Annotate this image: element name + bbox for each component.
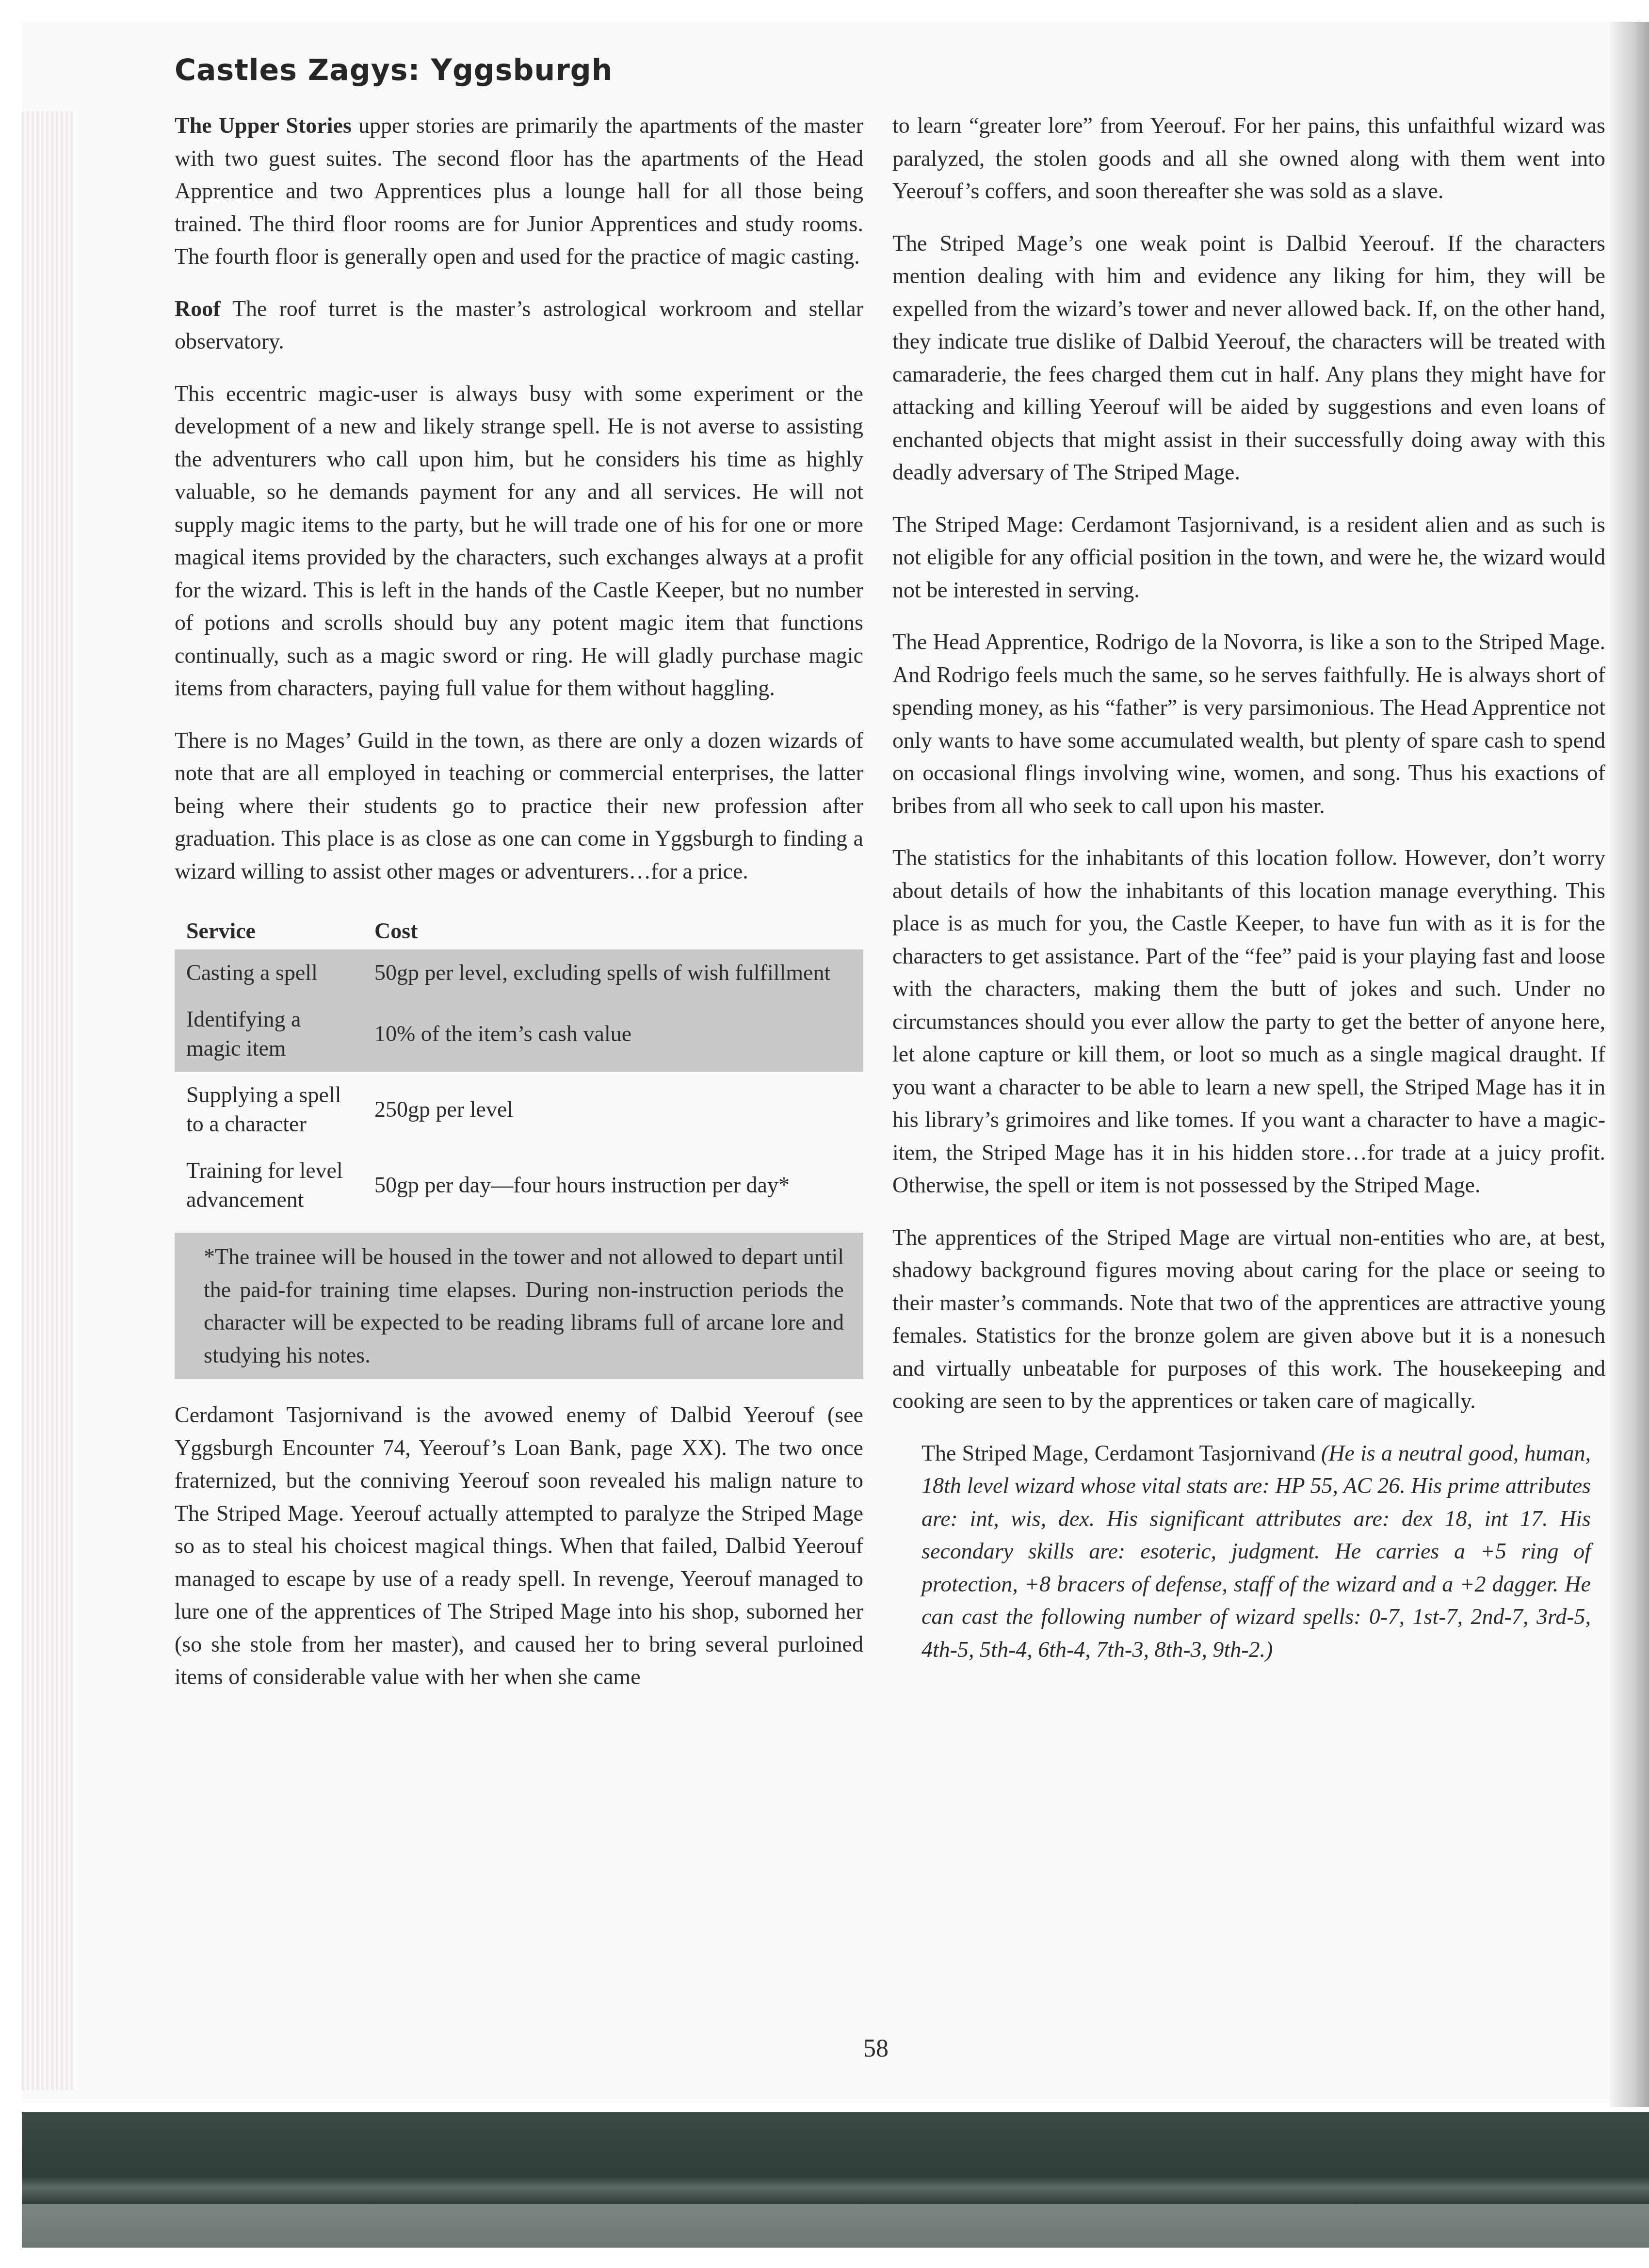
scanner-background [22, 2204, 1649, 2248]
paragraph-resident-alien: The Striped Mage: Cerdamont Tasjornivand… [892, 508, 1605, 607]
right-column: to learn “greater lore” from Yeerouf. Fo… [892, 109, 1605, 1685]
paragraph-head-apprentice: The Head Apprentice, Rodrigo de la Novor… [892, 626, 1605, 822]
service-cell: Training for level advancement [175, 1147, 363, 1223]
paragraph-greater-lore: to learn “greater lore” from Yeerouf. Fo… [892, 109, 1605, 208]
table-header-row: Service Cost [175, 907, 863, 949]
table-row: Casting a spell 50gp per level, excludin… [175, 949, 863, 996]
stat-block-stats: (He is a neutral good, human, 18th level… [921, 1441, 1591, 1662]
services-table: Service Cost Casting a spell 50gp per le… [175, 907, 863, 1223]
book-spine-shadow [1610, 22, 1649, 2107]
table-footnote: *The trainee will be housed in the tower… [175, 1233, 863, 1379]
paragraph-eccentric: This eccentric magic-user is always busy… [175, 377, 863, 705]
run-in-heading: The Upper Stories [175, 113, 352, 138]
cost-cell: 50gp per day—four hours instruction per … [363, 1147, 863, 1223]
run-in-heading: Roof [175, 296, 221, 321]
paragraph-enemy: Cerdamont Tasjornivand is the avowed ene… [175, 1399, 863, 1693]
paragraph-upper-stories: The Upper Stories upper stories are prim… [175, 109, 863, 273]
table-row: Supplying a spell to a character 250gp p… [175, 1072, 863, 1147]
service-cell: Supplying a spell to a character [175, 1072, 363, 1147]
column-header-cost: Cost [363, 907, 863, 949]
paragraph-apprentices: The apprentices of the Striped Mage are … [892, 1221, 1605, 1417]
table-row: Training for level advancement 50gp per … [175, 1147, 863, 1223]
stat-block-name: The Striped Mage, Cerdamont Tasjornivand [921, 1441, 1321, 1465]
service-cell: Casting a spell [175, 949, 363, 996]
paragraph-roof: Roof The roof turret is the master’s ast… [175, 292, 863, 358]
page-stack-edge [22, 112, 75, 2090]
cost-cell: 250gp per level [363, 1072, 863, 1147]
left-column: The Upper Stories upper stories are prim… [175, 109, 863, 1713]
column-header-service: Service [175, 907, 363, 949]
page-title: Castles Zagys: Yggsburgh [175, 53, 613, 87]
table-row: Identifying a magic item 10% of the item… [175, 996, 863, 1072]
paragraph-weak-point: The Striped Mage’s one weak point is Dal… [892, 227, 1605, 489]
cost-cell: 50gp per level, excluding spells of wish… [363, 949, 863, 996]
page-number: 58 [863, 2034, 889, 2063]
cost-cell: 10% of the item’s cash value [363, 996, 863, 1072]
service-cell: Identifying a magic item [175, 996, 363, 1072]
paragraph-mages-guild: There is no Mages’ Guild in the town, as… [175, 724, 863, 888]
stat-block: The Striped Mage, Cerdamont Tasjornivand… [892, 1437, 1605, 1666]
paragraph-statistics: The statistics for the inhabitants of th… [892, 841, 1605, 1202]
book-cover-edge [22, 2112, 1649, 2204]
